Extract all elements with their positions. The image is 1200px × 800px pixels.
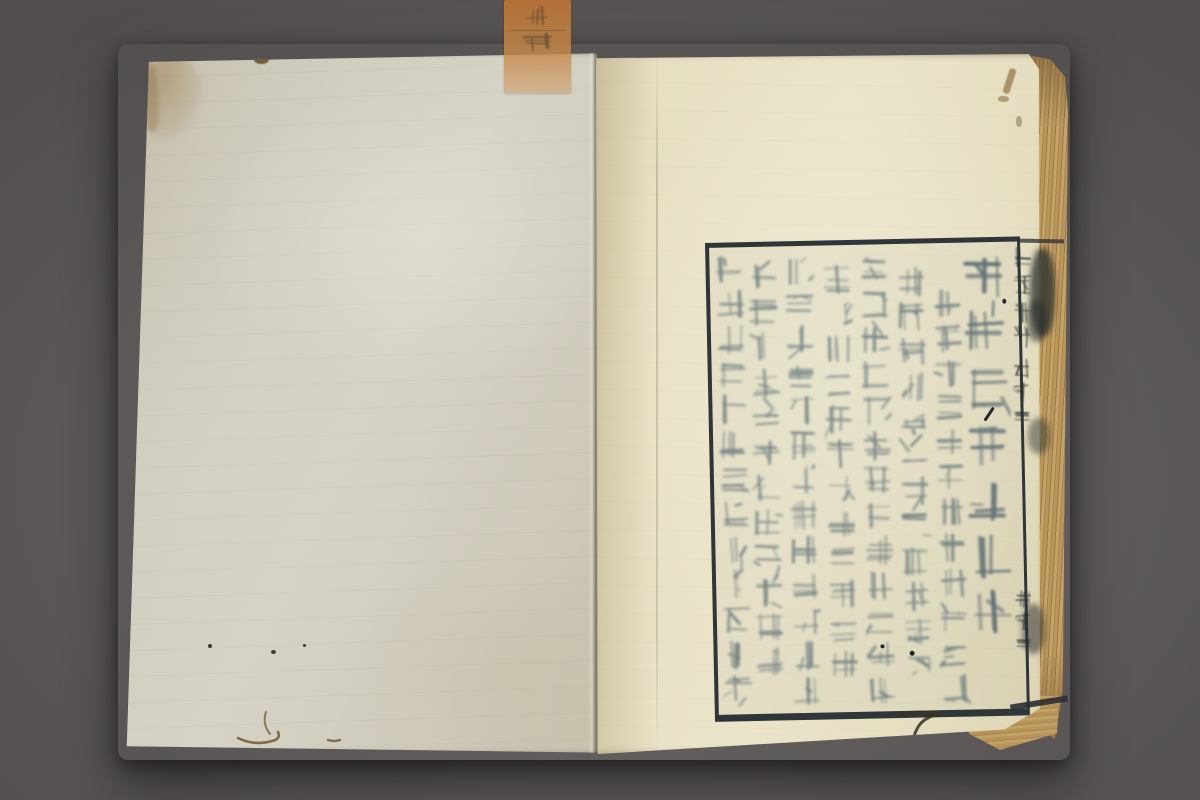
stain bbox=[144, 56, 204, 142]
ink-dot bbox=[271, 650, 276, 654]
ink-blotch bbox=[1028, 418, 1050, 454]
show-through-column bbox=[783, 254, 823, 714]
worm-marks bbox=[228, 700, 358, 750]
page-crease bbox=[656, 54, 658, 754]
show-through-title-column bbox=[961, 252, 1015, 649]
fold-edge-text-top bbox=[1013, 246, 1033, 358]
stain bbox=[1002, 68, 1017, 95]
fold-edge-text-middle bbox=[1013, 358, 1031, 434]
show-through-column bbox=[747, 260, 786, 685]
stain bbox=[998, 96, 1009, 102]
ink-dot bbox=[208, 644, 212, 648]
book-photo-scene bbox=[0, 0, 1200, 800]
right-page bbox=[596, 54, 1040, 754]
show-through-column bbox=[858, 254, 898, 714]
show-through-column bbox=[821, 263, 860, 688]
label-glyphs bbox=[521, 5, 553, 63]
left-page bbox=[120, 52, 602, 754]
show-through-columns bbox=[709, 241, 1027, 714]
frame-border-extension-top bbox=[1018, 239, 1064, 244]
stain bbox=[1016, 116, 1022, 127]
show-through-column bbox=[896, 265, 935, 690]
ink-dot bbox=[303, 644, 306, 647]
fold-edge-text-bottom bbox=[1015, 590, 1032, 660]
ink-dot bbox=[1002, 299, 1006, 304]
text-frame bbox=[705, 236, 1030, 721]
spine-label bbox=[504, 0, 571, 93]
